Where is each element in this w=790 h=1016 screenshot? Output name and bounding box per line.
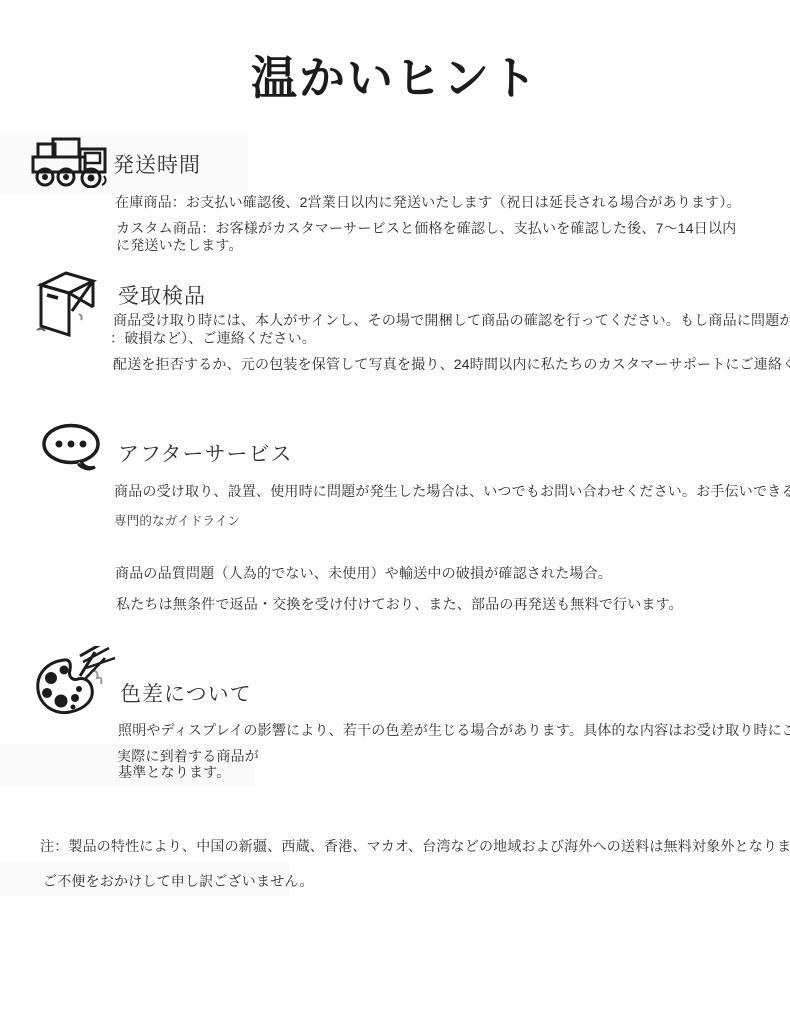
palette-icon xyxy=(33,646,121,718)
shipping-line-1: 在庫商品：お支払い確認後、2営業日以内に発送いたします（祝日は延長される場合があ… xyxy=(115,193,741,211)
color-line-3: 基準となります。 xyxy=(118,763,230,781)
section-title-shipping: 発送時間 xyxy=(113,149,201,179)
after-service-line-2: 商品の品質問題（人為的でない、未使用）や輸送中の破損が確認された場合。 xyxy=(115,564,612,582)
box-icon xyxy=(33,262,111,338)
inspection-line-3: 配送を拒否するか、元の包装を保管して写真を撮り、24時間以内に私たちのカスタマー… xyxy=(113,355,790,373)
inspection-line-2: ：破損など）、ご連絡ください。 xyxy=(110,329,316,347)
shipping-line-2: カスタム商品：お客様がカスタマーサービスと価格を確認し、支払いを確認した後、7～… xyxy=(116,219,736,237)
page-title: 温かいヒント xyxy=(0,42,790,108)
section-title-color-difference: 色差について xyxy=(120,678,252,708)
chat-bubble-icon xyxy=(40,423,106,473)
section-title-inspection: 受取検品 xyxy=(118,280,206,310)
after-service-line-3: 私たちは無条件で返品・交換を受け付けており、また、部品の再発送も無料で行います。 xyxy=(116,595,683,613)
footer-note-2: ご不便をおかけして申し訳ございません。 xyxy=(43,872,314,890)
shipping-line-3: に発送いたします。 xyxy=(116,236,243,254)
color-line-1: 照明やディスプレイの影響により、若干の色差が生じる場合があります。具体的な内容は… xyxy=(118,721,790,739)
footer-note-1: 注：製品の特性により、中国の新疆、西蔵、香港、マカオ、台湾などの地域および海外へ… xyxy=(40,837,790,855)
truck-icon xyxy=(30,136,112,188)
after-service-guideline: 専門的なガイドライン xyxy=(114,512,240,530)
after-service-line-1: 商品の受け取り、設置、使用時に問題が発生した場合は、いつでもお問い合わせください… xyxy=(114,482,790,500)
product-info-page: 温かいヒント 発送時間 在庫商品：お支払い確認後、2営業日以内に発送いたします（… xyxy=(0,0,790,1016)
inspection-line-1: 商品受け取り時には、本人がサインし、その場で開梱して商品の確認を行ってください。… xyxy=(113,311,790,329)
section-title-after-service: アフターサービス xyxy=(118,438,293,468)
